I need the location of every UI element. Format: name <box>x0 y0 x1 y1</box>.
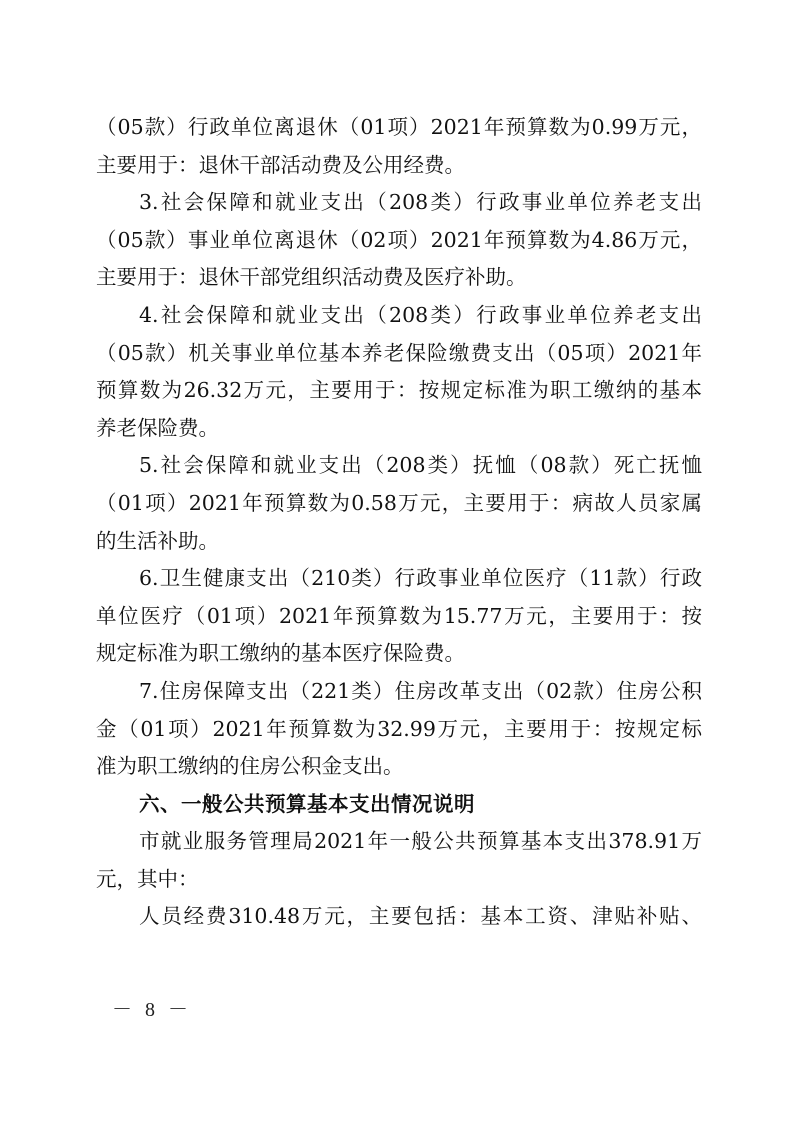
body-text-line: 金（01项）2021年预算数为32.99万元，主要用于：按规定标 <box>96 711 702 749</box>
list-item-4-start: 4.社会保障和就业支出（208类）行政事业单位养老支出 <box>96 297 702 335</box>
body-text-line: 的生活补助。 <box>96 523 702 561</box>
section-heading: 六、一般公共预算基本支出情况说明 <box>96 786 702 824</box>
page-number: － 8 － <box>112 993 192 1022</box>
list-item-5-start: 5.社会保障和就业支出（208类）抚恤（08款）死亡抚恤 <box>96 447 702 485</box>
body-text-line: 准为职工缴纳的住房公积金支出。 <box>96 748 702 786</box>
body-text-line: 人员经费310.48万元，主要包括：基本工资、津贴补贴、 <box>96 898 702 936</box>
body-text-line: 单位医疗（01项）2021年预算数为15.77万元，主要用于：按 <box>96 598 702 636</box>
body-text-line: （05款）机关事业单位基本养老保险缴费支出（05项）2021年 <box>96 335 702 373</box>
body-text-line: 养老保险费。 <box>96 410 702 448</box>
body-text-line: 主要用于：退休干部活动费及公用经费。 <box>96 147 702 185</box>
body-text-line: （05款）行政单位离退休（01项）2021年预算数为0.99万元， <box>96 109 702 147</box>
document-page: （05款）行政单位离退休（01项）2021年预算数为0.99万元， 主要用于：退… <box>96 109 702 936</box>
body-text-line: 主要用于：退休干部党组织活动费及医疗补助。 <box>96 259 702 297</box>
body-text-line: 规定标准为职工缴纳的基本医疗保险费。 <box>96 635 702 673</box>
body-text-line: （05款）事业单位离退休（02项）2021年预算数为4.86万元， <box>96 222 702 260</box>
list-item-6-start: 6.卫生健康支出（210类）行政事业单位医疗（11款）行政 <box>96 560 702 598</box>
list-item-7-start: 7.住房保障支出（221类）住房改革支出（02款）住房公积 <box>96 673 702 711</box>
body-text-line: 元，其中： <box>96 861 702 899</box>
body-text-line: 预算数为26.32万元，主要用于：按规定标准为职工缴纳的基本 <box>96 372 702 410</box>
body-text-line: 市就业服务管理局2021年一般公共预算基本支出378.91万 <box>96 823 702 861</box>
list-item-3-start: 3.社会保障和就业支出（208类）行政事业单位养老支出 <box>96 184 702 222</box>
body-text-line: （01项）2021年预算数为0.58万元，主要用于：病故人员家属 <box>96 485 702 523</box>
